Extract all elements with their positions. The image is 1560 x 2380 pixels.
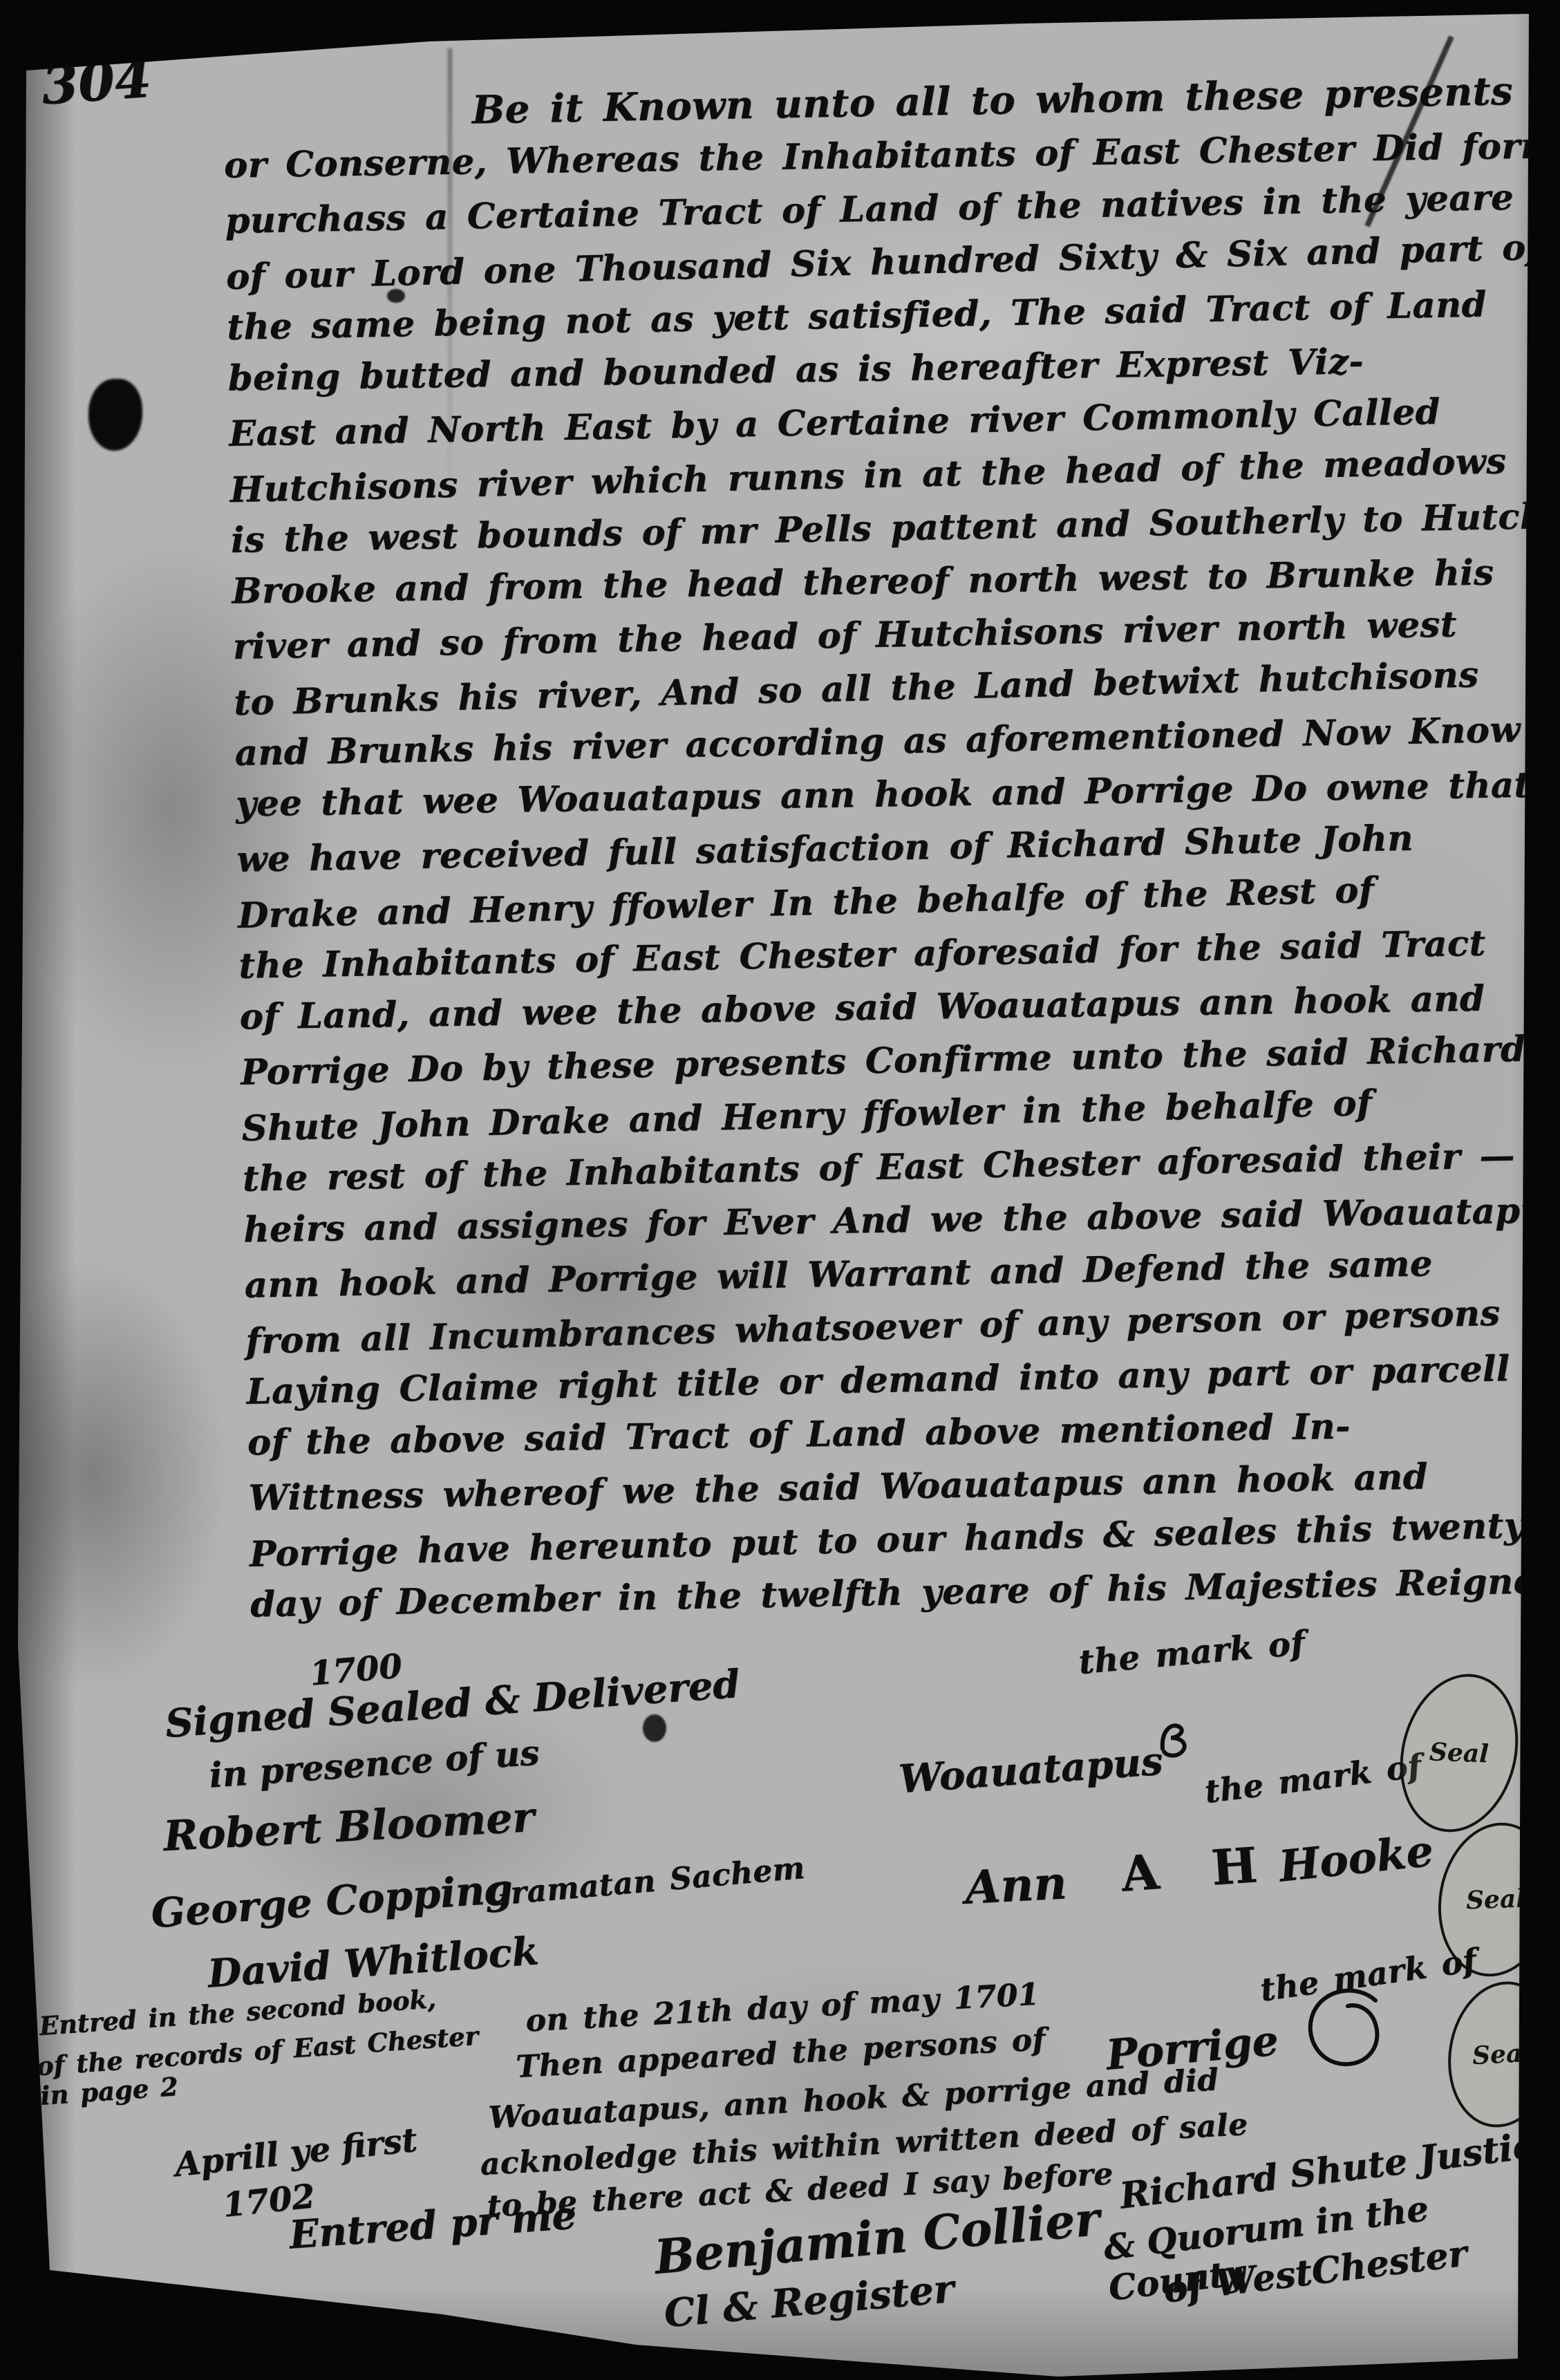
mark-caption-woauatapus-inline: the mark of — [1202, 1744, 1424, 1813]
seal-woauatapus: Seal — [1384, 1661, 1534, 1844]
ink-blot — [88, 379, 142, 451]
mark-caption-woauatapus-top: the mark of — [1077, 1622, 1307, 1684]
woauatapus-mark — [1158, 1720, 1194, 1759]
gramatan-sachem-note: Gramatan Sachem — [482, 1847, 807, 1918]
registration-date-month: Aprill ye first — [173, 2121, 419, 2184]
seal-porrige: Seal — [1438, 1974, 1560, 2135]
witness-robert-bloomer: Robert Bloomer — [162, 1793, 536, 1861]
porrige-mark — [1298, 1983, 1395, 2086]
seal-label: Seal — [1429, 1738, 1489, 1769]
witness-subheading: in presence of us — [208, 1732, 541, 1795]
folio-number-small: 214 — [53, 10, 151, 52]
ann-hooke-surname: Hooke — [1277, 1826, 1436, 1892]
ann-hooke-name: Ann — [964, 1855, 1068, 1915]
ann-hooke-mark-initials: A H — [1119, 1835, 1277, 1902]
seal-label: Seal — [1472, 2039, 1532, 2070]
scanned-deed-photo: { "page": { "folio_small": "214", "folio… — [0, 0, 1560, 2380]
woauatapus-signature: Woauatapus — [897, 1739, 1164, 1803]
folio-number-large: 304 — [39, 48, 153, 117]
deed-body-text: Be it Known unto all to whom these prese… — [223, 64, 1560, 1632]
clerk-entered-by: Entred pr me — [288, 2193, 578, 2258]
seal-label: Seal — [1465, 1884, 1525, 1915]
ink-smudge — [643, 1714, 666, 1742]
witness-george-copping: George Copping — [149, 1865, 514, 1937]
manuscript-paper: 214 304 Be it Known unto all to whom the… — [0, 0, 1560, 2380]
